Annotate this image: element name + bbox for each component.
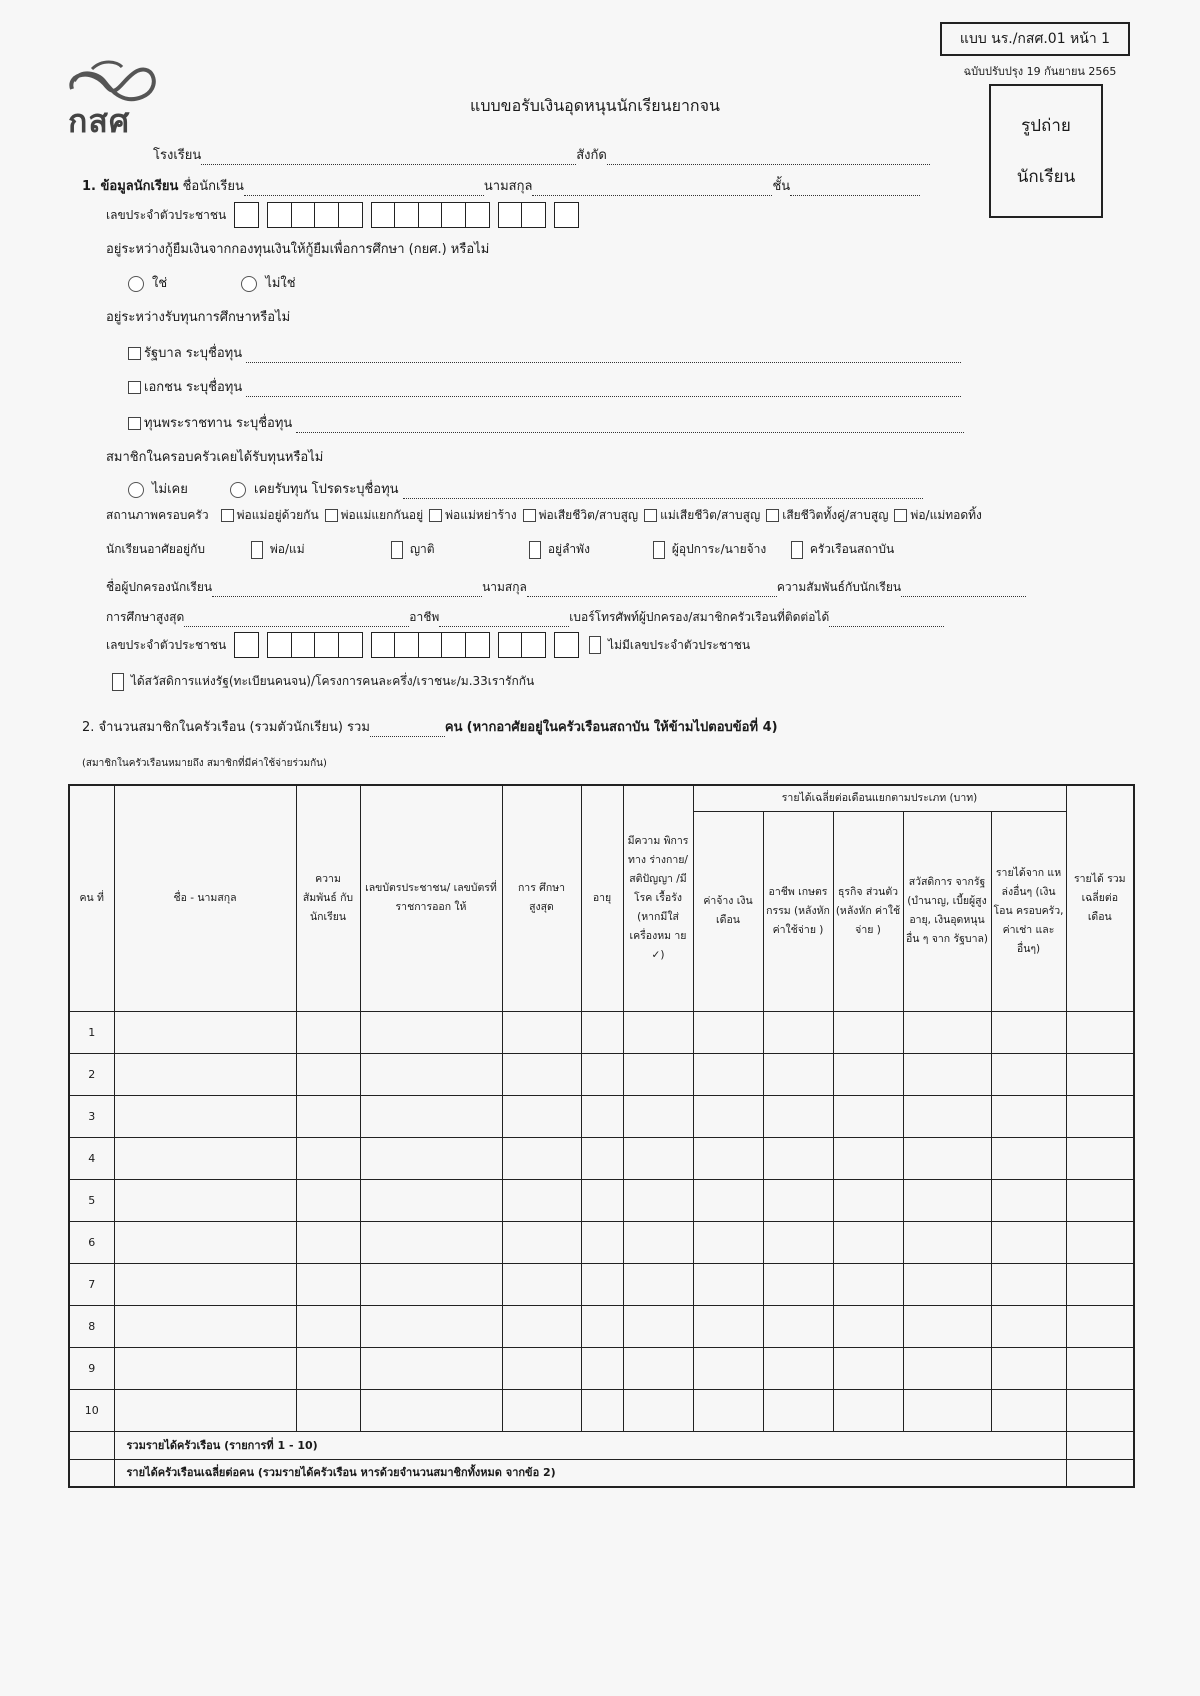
scholarship-gov-checkbox[interactable] [128, 347, 141, 360]
school-label: โรงเรียน [153, 148, 201, 163]
table-cell[interactable] [693, 1347, 763, 1389]
col-relation: ความ สัมพันธ์ กับ นักเรียน [296, 785, 360, 1011]
summary-value-cell[interactable] [1066, 1459, 1134, 1487]
table-cell[interactable] [360, 1053, 502, 1095]
col-disability: มีความ พิการทาง ร่างกาย/ สติปัญญา /มีโรค… [623, 785, 693, 1011]
id-digit-box[interactable] [371, 202, 396, 228]
guardian-surname-field[interactable] [527, 583, 777, 597]
loan-options: ใช่ ไม่ใช่ [128, 272, 296, 293]
table-cell[interactable] [903, 1053, 991, 1095]
table-cell[interactable] [581, 1305, 623, 1347]
table-cell[interactable] [296, 1347, 360, 1389]
student-name-field[interactable] [244, 182, 484, 196]
grade-field[interactable] [790, 182, 920, 196]
table-row: 4 [69, 1137, 1134, 1179]
no-id-checkbox[interactable]: ไม่มีเลขประจำตัวประชาชน [589, 636, 750, 655]
table-cell[interactable] [833, 1389, 903, 1431]
per-capita-income-row: รายได้ครัวเรือนเฉลี่ยต่อคน (รวมรายได้ครั… [69, 1459, 1134, 1487]
col-wage: ค่าจ้าง เงินเดือน [693, 811, 763, 1011]
living-guardian[interactable]: ผู้อุปการะ/นายจ้าง [653, 540, 766, 559]
id-digit-box[interactable] [418, 632, 443, 658]
id-digit-group [498, 202, 547, 228]
family-scholarship-field[interactable] [403, 485, 923, 499]
household-members-table: คน ที่ ชื่อ - นามสกุล ความ สัมพันธ์ กับ … [68, 784, 1135, 1488]
section2-heading: 2. จำนวนสมาชิกในครัวเรือน (รวมตัวนักเรีย… [82, 720, 370, 735]
table-cell[interactable] [296, 1179, 360, 1221]
table-cell[interactable] [581, 1095, 623, 1137]
section1-heading: 1. ข้อมูลนักเรียน [82, 179, 178, 194]
table-cell[interactable] [581, 1179, 623, 1221]
section2-footnote: (สมาชิกในครัวเรือนหมายถึง สมาชิกที่มีค่า… [82, 756, 327, 771]
table-cell[interactable] [903, 1389, 991, 1431]
table-cell[interactable] [1066, 1179, 1134, 1221]
checkbox-icon[interactable] [221, 509, 234, 522]
id-digit-box[interactable] [291, 632, 316, 658]
summary-label: รายได้ครัวเรือนเฉลี่ยต่อคน (รวมรายได้ครั… [114, 1459, 1066, 1487]
table-cell[interactable] [1066, 1137, 1134, 1179]
col-age: อายุ [581, 785, 623, 1011]
table-cell[interactable] [763, 1347, 833, 1389]
scholarship-private-row: เอกชน ระบุชื่อทุน [128, 376, 961, 397]
table-cell[interactable] [502, 1053, 581, 1095]
table-cell[interactable] [623, 1389, 693, 1431]
table-cell[interactable] [502, 1179, 581, 1221]
scholarship-private-field[interactable] [246, 383, 961, 397]
table-cell[interactable] [502, 1389, 581, 1431]
row-number: 2 [69, 1053, 114, 1095]
col-id: เลขบัตรประชาชน/ เลขบัตรที่ราชการออก ให้ [360, 785, 502, 1011]
table-row: 5 [69, 1179, 1134, 1221]
family-status-option[interactable]: แม่เสียชีวิต/สาบสูญ [644, 508, 760, 522]
table-cell[interactable] [693, 1263, 763, 1305]
table-cell[interactable] [296, 1221, 360, 1263]
table-cell[interactable] [360, 1305, 502, 1347]
table-cell[interactable] [833, 1053, 903, 1095]
table-cell[interactable] [763, 1179, 833, 1221]
table-cell[interactable] [903, 1179, 991, 1221]
table-cell[interactable] [296, 1011, 360, 1053]
table-cell[interactable] [360, 1179, 502, 1221]
family-status-option[interactable]: เสียชีวิตทั้งคู่/สาบสูญ [766, 508, 888, 522]
table-cell[interactable] [693, 1053, 763, 1095]
table-cell[interactable] [581, 1221, 623, 1263]
table-cell[interactable] [833, 1011, 903, 1053]
table-cell[interactable] [360, 1011, 502, 1053]
affiliation-field[interactable] [607, 151, 930, 165]
table-cell[interactable] [833, 1263, 903, 1305]
table-cell[interactable] [693, 1221, 763, 1263]
checkbox-icon[interactable] [429, 509, 442, 522]
table-cell[interactable] [502, 1305, 581, 1347]
id-digit-box[interactable] [521, 202, 546, 228]
id-digit-box[interactable] [338, 632, 363, 658]
student-name-label: ชื่อนักเรียน [183, 179, 244, 194]
id-digit-box[interactable] [267, 632, 292, 658]
id-digit-box[interactable] [554, 632, 579, 658]
id-digit-box[interactable] [314, 202, 339, 228]
table-cell[interactable] [991, 1221, 1066, 1263]
table-cell[interactable] [991, 1011, 1066, 1053]
table-cell[interactable] [991, 1053, 1066, 1095]
table-cell[interactable] [114, 1305, 296, 1347]
welfare-checkbox[interactable] [112, 673, 124, 691]
guardian-surname-label: นามสกุล [482, 580, 527, 594]
table-cell[interactable] [1066, 1095, 1134, 1137]
checkbox-icon[interactable] [644, 509, 657, 522]
col-education: การ ศึกษา สูงสุด [502, 785, 581, 1011]
table-cell[interactable] [296, 1053, 360, 1095]
table-cell[interactable] [693, 1011, 763, 1053]
id-digit-box[interactable] [394, 202, 419, 228]
id-digit-box[interactable] [521, 632, 546, 658]
row-number: 5 [69, 1179, 114, 1221]
table-cell[interactable] [114, 1137, 296, 1179]
family-never-radio[interactable]: ไม่เคย [128, 482, 188, 497]
id-digit-group [267, 202, 363, 228]
phone-field[interactable] [829, 613, 944, 627]
table-cell[interactable] [763, 1305, 833, 1347]
page-title: แบบขอรับเงินอุดหนุนนักเรียนยากจน [470, 94, 720, 119]
relation-label: ความสัมพันธ์กับนักเรียน [777, 580, 901, 594]
table-cell[interactable] [114, 1347, 296, 1389]
table-cell[interactable] [296, 1137, 360, 1179]
affiliation-label: สังกัด [576, 148, 607, 163]
table-row: 3 [69, 1095, 1134, 1137]
checkbox-icon[interactable] [523, 509, 536, 522]
col-other: รายได้จาก แหล่งอื่นๆ (เงินโอน ครอบครัว, … [991, 811, 1066, 1011]
table-cell[interactable] [114, 1389, 296, 1431]
photo-label-2: นักเรียน [1017, 163, 1075, 190]
col-name: ชื่อ - นามสกุล [114, 785, 296, 1011]
table-cell[interactable] [360, 1221, 502, 1263]
table-cell[interactable] [693, 1137, 763, 1179]
table-cell[interactable] [502, 1347, 581, 1389]
occupation-field[interactable] [439, 613, 569, 627]
family-status-option[interactable]: พ่อ/แม่ทอดทิ้ง [894, 508, 981, 522]
table-row: 10 [69, 1389, 1134, 1431]
table-cell[interactable] [991, 1347, 1066, 1389]
surname-label: นามสกุล [484, 179, 533, 194]
table-cell[interactable] [693, 1389, 763, 1431]
student-surname-field[interactable] [532, 182, 772, 196]
table-cell[interactable] [1066, 1011, 1134, 1053]
row-number: 7 [69, 1263, 114, 1305]
table-cell[interactable] [360, 1095, 502, 1137]
checkbox-icon[interactable] [766, 509, 779, 522]
summary-label: รวมรายได้ครัวเรือน (รายการที่ 1 - 10) [114, 1431, 1066, 1459]
student-id-label: เลขประจำตัวประชาชน [106, 206, 226, 225]
id-digit-box[interactable] [498, 202, 523, 228]
table-cell[interactable] [763, 1221, 833, 1263]
table-cell[interactable] [114, 1179, 296, 1221]
living-institution[interactable]: ครัวเรือนสถาบัน [791, 540, 894, 559]
scholarship-private-checkbox[interactable] [128, 381, 141, 394]
table-cell[interactable] [833, 1347, 903, 1389]
id-digit-box[interactable] [234, 202, 259, 228]
id-digit-group [498, 632, 547, 658]
table-cell[interactable] [502, 1221, 581, 1263]
loan-yes-radio[interactable]: ใช่ [128, 276, 167, 291]
relation-field[interactable] [901, 583, 1026, 597]
school-row: โรงเรียนสังกัด [153, 144, 930, 165]
family-status-option[interactable]: พ่อเสียชีวิต/สาบสูญ [523, 508, 639, 522]
grade-label: ชั้น [772, 179, 790, 194]
checkbox-icon[interactable] [894, 509, 907, 522]
table-cell[interactable] [1066, 1263, 1134, 1305]
table-cell[interactable] [1066, 1053, 1134, 1095]
table-cell[interactable] [693, 1179, 763, 1221]
id-digit-box[interactable] [418, 202, 443, 228]
family-scholarship-question: สมาชิกในครอบครัวเคยได้รับทุนหรือไม่ [106, 446, 323, 467]
family-status-row: สถานภาพครอบครัวพ่อแม่อยู่ด้วยกันพ่อแม่แย… [106, 506, 988, 525]
table-cell[interactable] [833, 1221, 903, 1263]
id-digit-box[interactable] [291, 202, 316, 228]
row-number: 6 [69, 1221, 114, 1263]
family-received-radio[interactable]: เคยรับทุน โปรดระบุชื่อทุน [230, 482, 399, 497]
id-digit-box[interactable] [465, 632, 490, 658]
col-agriculture: อาชีพ เกษตร กรรม (หลังหัก ค่าใช้จ่าย ) [763, 811, 833, 1011]
table-cell[interactable] [763, 1263, 833, 1305]
table-cell[interactable] [991, 1305, 1066, 1347]
guardian-name-field[interactable] [212, 583, 482, 597]
id-digit-box[interactable] [394, 632, 419, 658]
row-number: 10 [69, 1389, 114, 1431]
table-cell[interactable] [991, 1389, 1066, 1431]
welfare-row[interactable]: ได้สวัสดิการแห่งรัฐ(ทะเบียนคนจน)/โครงการ… [112, 672, 534, 691]
table-cell[interactable] [581, 1389, 623, 1431]
table-row: 9 [69, 1347, 1134, 1389]
logo-text: กสศ [68, 96, 130, 147]
table-cell[interactable] [581, 1011, 623, 1053]
table-cell[interactable] [903, 1305, 991, 1347]
table-cell[interactable] [1066, 1389, 1134, 1431]
table-cell[interactable] [833, 1095, 903, 1137]
family-status-option[interactable]: พ่อแม่แยกกันอยู่ [325, 508, 424, 522]
photo-box[interactable]: รูปถ่าย นักเรียน [989, 84, 1103, 218]
scholarship-royal-checkbox[interactable] [128, 417, 141, 430]
col-no: คน ที่ [69, 785, 114, 1011]
living-alone[interactable]: อยู่ลำพัง [529, 540, 590, 559]
living-with-label: นักเรียนอาศัยอยู่กับ [106, 542, 205, 556]
table-row: 1 [69, 1011, 1134, 1053]
table-cell[interactable] [991, 1263, 1066, 1305]
scholarship-royal-row: ทุนพระราชทาน ระบุชื่อทุน [128, 412, 964, 433]
table-cell[interactable] [903, 1095, 991, 1137]
col-income-group: รายได้เฉลี่ยต่อเดือนแยกตามประเภท (บาท) [693, 785, 1066, 811]
table-cell[interactable] [991, 1137, 1066, 1179]
col-welfare: สวัสดิการ จากรัฐ (บำนาญ, เบี้ยผู้สูงอายุ… [903, 811, 991, 1011]
school-field[interactable] [201, 151, 576, 165]
family-status-option[interactable]: พ่อแม่หย่าร้าง [429, 508, 516, 522]
education-label: การศึกษาสูงสุด [106, 610, 184, 624]
id-digit-box[interactable] [338, 202, 363, 228]
table-cell[interactable] [581, 1263, 623, 1305]
table-cell[interactable] [903, 1347, 991, 1389]
table-row: 7 [69, 1263, 1134, 1305]
table-row: 8 [69, 1305, 1134, 1347]
table-row: 2 [69, 1053, 1134, 1095]
photo-label-1: รูปถ่าย [1021, 112, 1071, 139]
id-digit-group [554, 632, 579, 658]
table-cell[interactable] [833, 1179, 903, 1221]
occupation-label: อาชีพ [409, 610, 439, 624]
scholarship-question: อยู่ระหว่างรับทุนการศึกษาหรือไม่ [106, 306, 290, 327]
scholarship-gov-field[interactable] [246, 349, 961, 363]
id-digit-box[interactable] [498, 632, 523, 658]
table-cell[interactable] [360, 1263, 502, 1305]
table-cell[interactable] [991, 1095, 1066, 1137]
table-cell[interactable] [903, 1011, 991, 1053]
living-with-row: นักเรียนอาศัยอยู่กับ พ่อ/แม่ ญาติ อยู่ลำ… [106, 540, 205, 559]
table-cell[interactable] [693, 1305, 763, 1347]
table-cell [69, 1459, 114, 1487]
table-cell[interactable] [296, 1305, 360, 1347]
scholarship-royal-field[interactable] [296, 419, 964, 433]
table-cell[interactable] [581, 1347, 623, 1389]
id-digit-group [554, 202, 579, 228]
table-cell[interactable] [763, 1389, 833, 1431]
guardian-name-label: ชื่อผู้ปกครองนักเรียน [106, 580, 212, 594]
table-cell[interactable] [296, 1389, 360, 1431]
col-total: รายได้ รวม เฉลี่ยต่อ เดือน [1066, 785, 1134, 1011]
loan-no-radio[interactable]: ไม่ใช่ [241, 276, 295, 291]
id-digit-box[interactable] [441, 632, 466, 658]
table-cell[interactable] [623, 1095, 693, 1137]
id-digit-box[interactable] [441, 202, 466, 228]
table-cell[interactable] [833, 1137, 903, 1179]
table-cell[interactable] [502, 1011, 581, 1053]
living-parent[interactable]: พ่อ/แม่ [251, 540, 305, 559]
student-id-row: เลขประจำตัวประชาชน [106, 202, 579, 228]
scholarship-gov-row: รัฐบาล ระบุชื่อทุน [128, 342, 961, 363]
table-cell[interactable] [502, 1095, 581, 1137]
table-cell[interactable] [623, 1347, 693, 1389]
table-cell[interactable] [1066, 1347, 1134, 1389]
row-number: 1 [69, 1011, 114, 1053]
id-digit-group [267, 632, 363, 658]
table-cell[interactable] [623, 1011, 693, 1053]
table-cell[interactable] [581, 1137, 623, 1179]
table-cell[interactable] [1066, 1221, 1134, 1263]
table-cell[interactable] [502, 1137, 581, 1179]
student-name-row: 1. ข้อมูลนักเรียน ชื่อนักเรียนนามสกุลชั้… [82, 175, 920, 196]
table-cell[interactable] [623, 1263, 693, 1305]
table-cell[interactable] [763, 1095, 833, 1137]
id-digit-group [371, 202, 490, 228]
family-status-option[interactable]: พ่อแม่อยู่ด้วยกัน [221, 508, 319, 522]
table-cell[interactable] [991, 1179, 1066, 1221]
table-cell[interactable] [623, 1137, 693, 1179]
row-number: 8 [69, 1305, 114, 1347]
table-cell[interactable] [114, 1263, 296, 1305]
section2-note: (หากอาศัยอยู่ในครัวเรือนสถาบัน ให้ข้ามไป… [467, 720, 778, 735]
guardian-info-row: การศึกษาสูงสุดอาชีพเบอร์โทรศัพท์ผู้ปกครอ… [106, 608, 944, 627]
table-cell[interactable] [360, 1137, 502, 1179]
table-cell[interactable] [623, 1305, 693, 1347]
table-cell[interactable] [833, 1305, 903, 1347]
table-cell[interactable] [581, 1053, 623, 1095]
table-cell[interactable] [763, 1011, 833, 1053]
row-number: 9 [69, 1347, 114, 1389]
checkbox-icon[interactable] [325, 509, 338, 522]
household-income-total-row: รวมรายได้ครัวเรือน (รายการที่ 1 - 10) [69, 1431, 1134, 1459]
form-code: แบบ นร./กสศ.01 หน้า 1 [940, 22, 1130, 56]
table-cell[interactable] [903, 1137, 991, 1179]
table-cell[interactable] [114, 1095, 296, 1137]
guardian-id-input[interactable] [226, 632, 579, 658]
table-cell [69, 1431, 114, 1459]
phone-label: เบอร์โทรศัพท์ผู้ปกครอง/สมาชิกครัวเรือนที… [569, 610, 829, 624]
table-cell[interactable] [114, 1011, 296, 1053]
id-digit-box[interactable] [554, 202, 579, 228]
loan-question: อยู่ระหว่างกู้ยืมเงินจากกองทุนเงินให้กู้… [106, 238, 489, 259]
table-cell[interactable] [693, 1095, 763, 1137]
table-cell[interactable] [502, 1263, 581, 1305]
guardian-id-row: เลขประจำตัวประชาชน ไม่มีเลขประจำตัวประชา… [106, 632, 750, 658]
table-cell[interactable] [360, 1347, 502, 1389]
table-cell[interactable] [623, 1179, 693, 1221]
table-cell[interactable] [296, 1263, 360, 1305]
id-digit-box[interactable] [314, 632, 339, 658]
id-digit-box[interactable] [234, 632, 259, 658]
table-cell[interactable] [903, 1263, 991, 1305]
member-count-field[interactable] [370, 723, 445, 737]
id-digit-box[interactable] [371, 632, 396, 658]
family-scholarship-options: ไม่เคย เคยรับทุน โปรดระบุชื่อทุน [128, 478, 923, 499]
id-digit-group [371, 632, 490, 658]
guardian-name-row: ชื่อผู้ปกครองนักเรียนนามสกุลความสัมพันธ์… [106, 578, 1026, 597]
section2-row: 2. จำนวนสมาชิกในครัวเรือน (รวมตัวนักเรีย… [82, 716, 778, 737]
table-cell[interactable] [360, 1389, 502, 1431]
table-cell[interactable] [623, 1053, 693, 1095]
summary-value-cell[interactable] [1066, 1431, 1134, 1459]
table-cell[interactable] [114, 1053, 296, 1095]
revision-date: ฉบับปรับปรุง 19 กันยายน 2565 [940, 62, 1140, 80]
table-cell[interactable] [763, 1053, 833, 1095]
table-row: 6 [69, 1221, 1134, 1263]
id-digit-group [234, 632, 259, 658]
table-cell[interactable] [903, 1221, 991, 1263]
table-cell[interactable] [623, 1221, 693, 1263]
id-digit-box[interactable] [267, 202, 292, 228]
guardian-id-label: เลขประจำตัวประชาชน [106, 636, 226, 655]
col-business: ธุรกิจ ส่วนตัว (หลังหัก ค่าใช้จ่าย ) [833, 811, 903, 1011]
id-digit-group [234, 202, 259, 228]
student-id-input[interactable] [226, 202, 579, 228]
table-cell[interactable] [1066, 1305, 1134, 1347]
id-digit-box[interactable] [465, 202, 490, 228]
living-relative[interactable]: ญาติ [391, 540, 435, 559]
row-number: 4 [69, 1137, 114, 1179]
table-cell[interactable] [296, 1095, 360, 1137]
row-number: 3 [69, 1095, 114, 1137]
table-cell[interactable] [114, 1221, 296, 1263]
table-cell[interactable] [763, 1137, 833, 1179]
family-status-label: สถานภาพครอบครัว [106, 508, 209, 522]
education-field[interactable] [184, 613, 409, 627]
